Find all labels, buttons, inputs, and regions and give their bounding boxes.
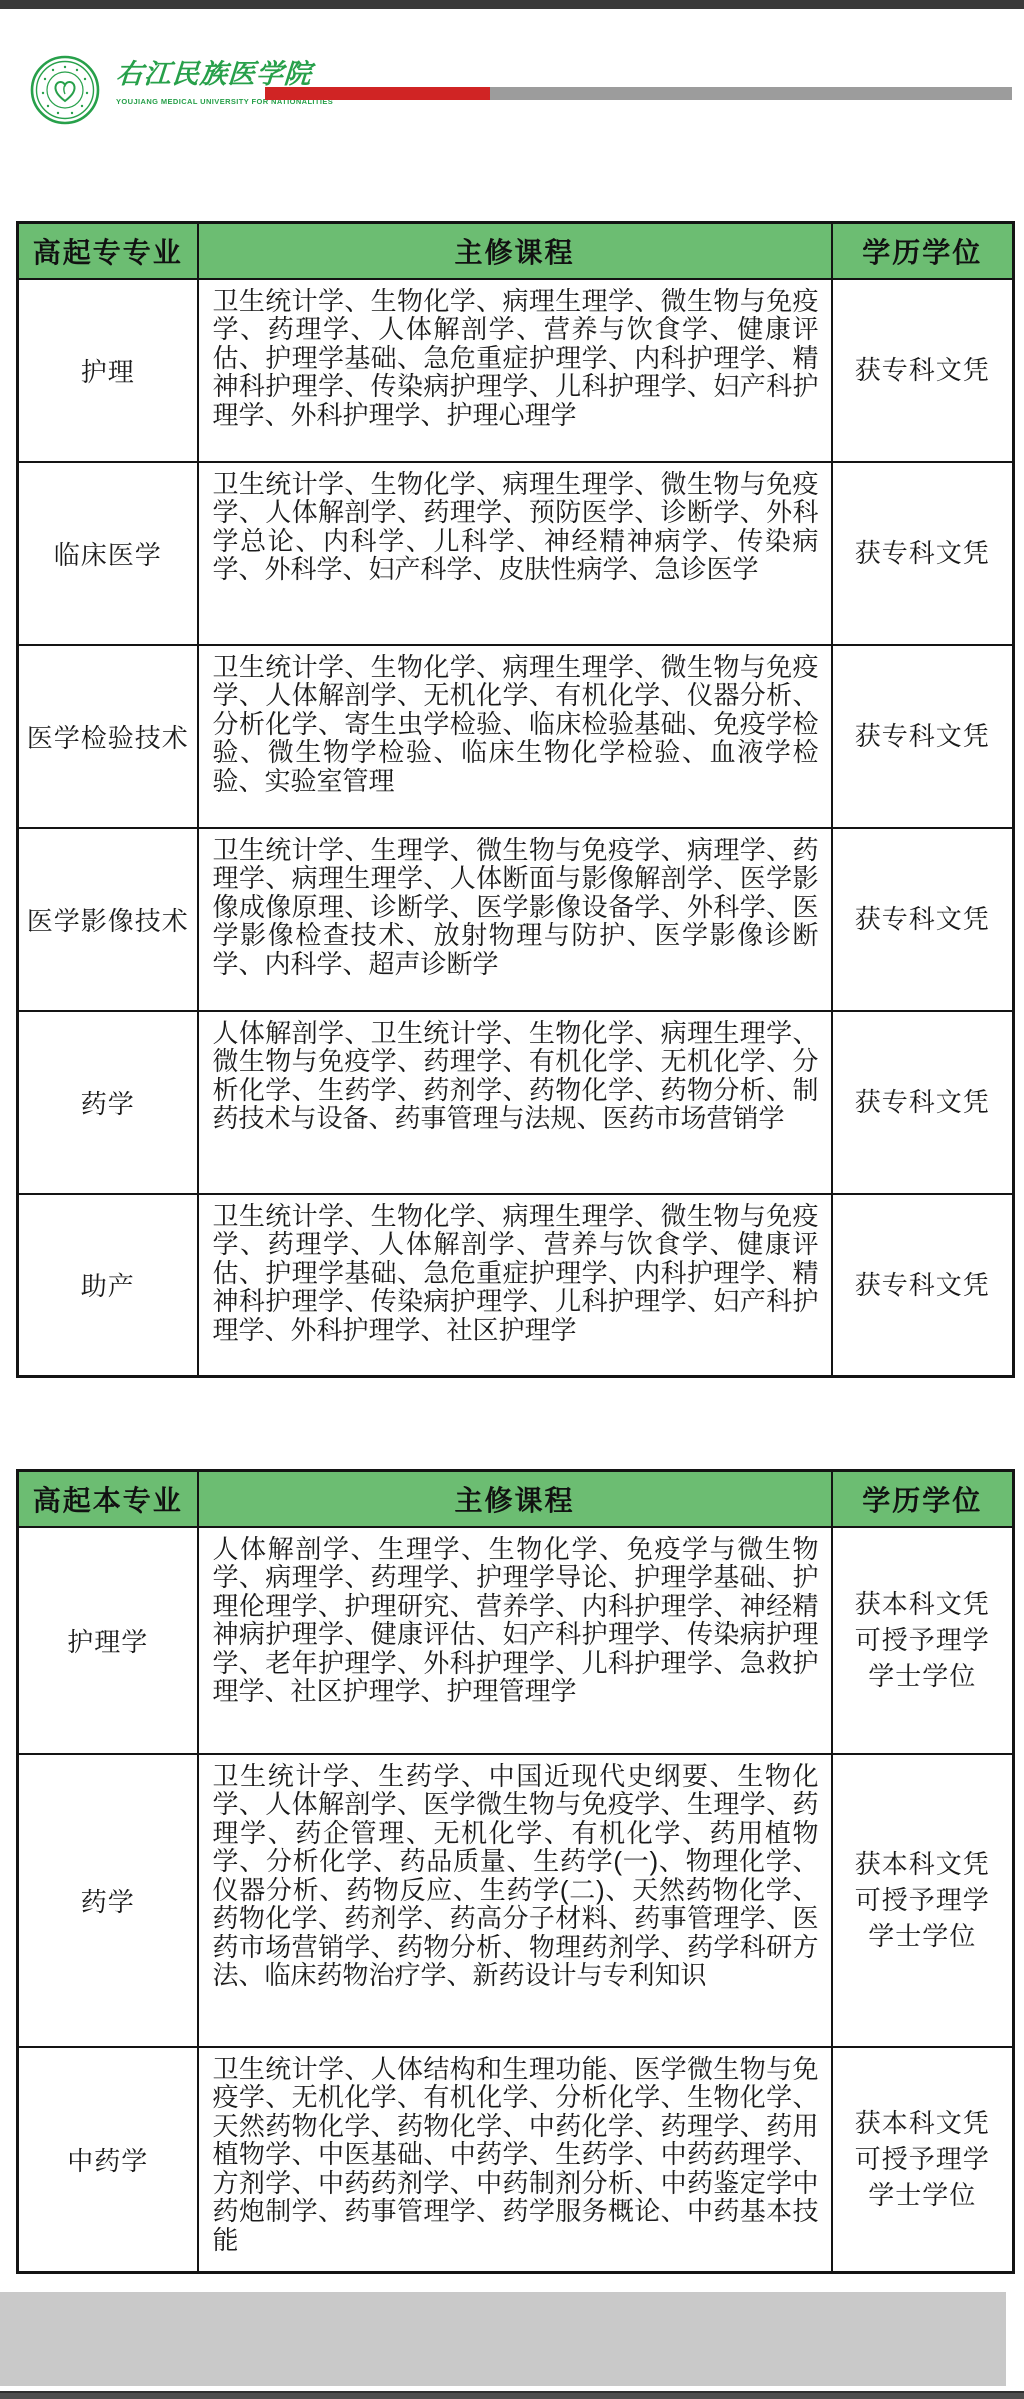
junior-college-majors-table: 高起专专业 主修课程 学历学位 护理 卫生统计学、生物化学、病理生理学、微生物与…	[16, 221, 1015, 1378]
table-header-row: 高起专专业 主修课程 学历学位	[18, 223, 1014, 279]
table-row: 护理学 人体解剖学、生理学、生物化学、免疫学与微生物学、病理学、药理学、护理学导…	[18, 1527, 1014, 1754]
table-row: 药学 卫生统计学、生药学、中国近现代史纲要、生物化学、人体解剖学、医学微生物与免…	[18, 1754, 1014, 2047]
courses-list: 卫生统计学、生物化学、病理生理学、微生物与免疫学、人体解剖学、药理学、预防医学、…	[198, 462, 832, 645]
courses-list: 卫生统计学、生理学、微生物与免疫学、病理学、药理学、病理生理学、人体断面与影像解…	[198, 828, 832, 1011]
accent-bar-gray-segment	[490, 87, 1012, 100]
column-header-degree: 学历学位	[832, 223, 1014, 279]
major-name: 临床医学	[18, 462, 198, 645]
column-header-major: 高起专专业	[18, 223, 198, 279]
courses-list: 人体解剖学、卫生统计学、生物化学、病理生理学、微生物与免疫学、药理学、有机化学、…	[198, 1011, 832, 1194]
university-emblem-icon	[30, 55, 100, 125]
degree-awarded: 获本科文凭 可授予理学 学士学位	[832, 2047, 1014, 2273]
major-name: 药学	[18, 1754, 198, 2047]
major-name: 医学影像技术	[18, 828, 198, 1011]
degree-awarded: 获专科文凭	[832, 645, 1014, 828]
courses-list: 人体解剖学、生理学、生物化学、免疫学与微生物学、病理学、药理学、护理学导论、护理…	[198, 1527, 832, 1754]
courses-list: 卫生统计学、生物化学、病理生理学、微生物与免疫学、药理学、人体解剖学、营养与饮食…	[198, 279, 832, 462]
courses-list: 卫生统计学、生药学、中国近现代史纲要、生物化学、人体解剖学、医学微生物与免疫学、…	[198, 1754, 832, 2047]
table-header-row: 高起本专业 主修课程 学历学位	[18, 1471, 1014, 1527]
degree-awarded: 获专科文凭	[832, 279, 1014, 462]
table-row: 医学影像技术 卫生统计学、生理学、微生物与免疫学、病理学、药理学、病理生理学、人…	[18, 828, 1014, 1011]
major-name: 护理学	[18, 1527, 198, 1754]
bachelor-majors-table: 高起本专业 主修课程 学历学位 护理学 人体解剖学、生理学、生物化学、免疫学与微…	[16, 1469, 1015, 2274]
accent-bar-red-segment	[265, 87, 490, 100]
table-row: 医学检验技术 卫生统计学、生物化学、病理生理学、微生物与免疫学、人体解剖学、无机…	[18, 645, 1014, 828]
table-row: 护理 卫生统计学、生物化学、病理生理学、微生物与免疫学、药理学、人体解剖学、营养…	[18, 279, 1014, 462]
degree-awarded: 获专科文凭	[832, 828, 1014, 1011]
top-border-strip	[0, 0, 1024, 9]
major-name: 护理	[18, 279, 198, 462]
column-header-degree: 学历学位	[832, 1471, 1014, 1527]
major-name: 医学检验技术	[18, 645, 198, 828]
courses-list: 卫生统计学、生物化学、病理生理学、微生物与免疫学、人体解剖学、无机化学、有机化学…	[198, 645, 832, 828]
courses-list: 卫生统计学、人体结构和生理功能、医学微生物与免疫学、无机化学、有机化学、分析化学…	[198, 2047, 832, 2273]
table-row: 助产 卫生统计学、生物化学、病理生理学、微生物与免疫学、药理学、人体解剖学、营养…	[18, 1194, 1014, 1377]
major-name: 药学	[18, 1011, 198, 1194]
table-row: 药学 人体解剖学、卫生统计学、生物化学、病理生理学、微生物与免疫学、药理学、有机…	[18, 1011, 1014, 1194]
university-brand-header: 右江民族医学院 YOUJIANG MEDICAL UNIVERSITY FOR …	[0, 50, 1024, 130]
major-name: 中药学	[18, 2047, 198, 2273]
major-name: 助产	[18, 1194, 198, 1377]
degree-awarded: 获专科文凭	[832, 462, 1014, 645]
column-header-courses: 主修课程	[198, 223, 832, 279]
column-header-courses: 主修课程	[198, 1471, 832, 1527]
footer-gray-block	[0, 2292, 1006, 2386]
bottom-border-strip	[0, 2391, 1024, 2399]
degree-awarded: 获本科文凭 可授予理学 学士学位	[832, 1754, 1014, 2047]
table-row: 临床医学 卫生统计学、生物化学、病理生理学、微生物与免疫学、人体解剖学、药理学、…	[18, 462, 1014, 645]
column-header-major: 高起本专业	[18, 1471, 198, 1527]
degree-awarded: 获专科文凭	[832, 1011, 1014, 1194]
courses-list: 卫生统计学、生物化学、病理生理学、微生物与免疫学、药理学、人体解剖学、营养与饮食…	[198, 1194, 832, 1377]
brand-accent-bar	[265, 87, 1012, 100]
table-row: 中药学 卫生统计学、人体结构和生理功能、医学微生物与免疫学、无机化学、有机化学、…	[18, 2047, 1014, 2273]
degree-awarded: 获本科文凭 可授予理学 学士学位	[832, 1527, 1014, 1754]
degree-awarded: 获专科文凭	[832, 1194, 1014, 1377]
